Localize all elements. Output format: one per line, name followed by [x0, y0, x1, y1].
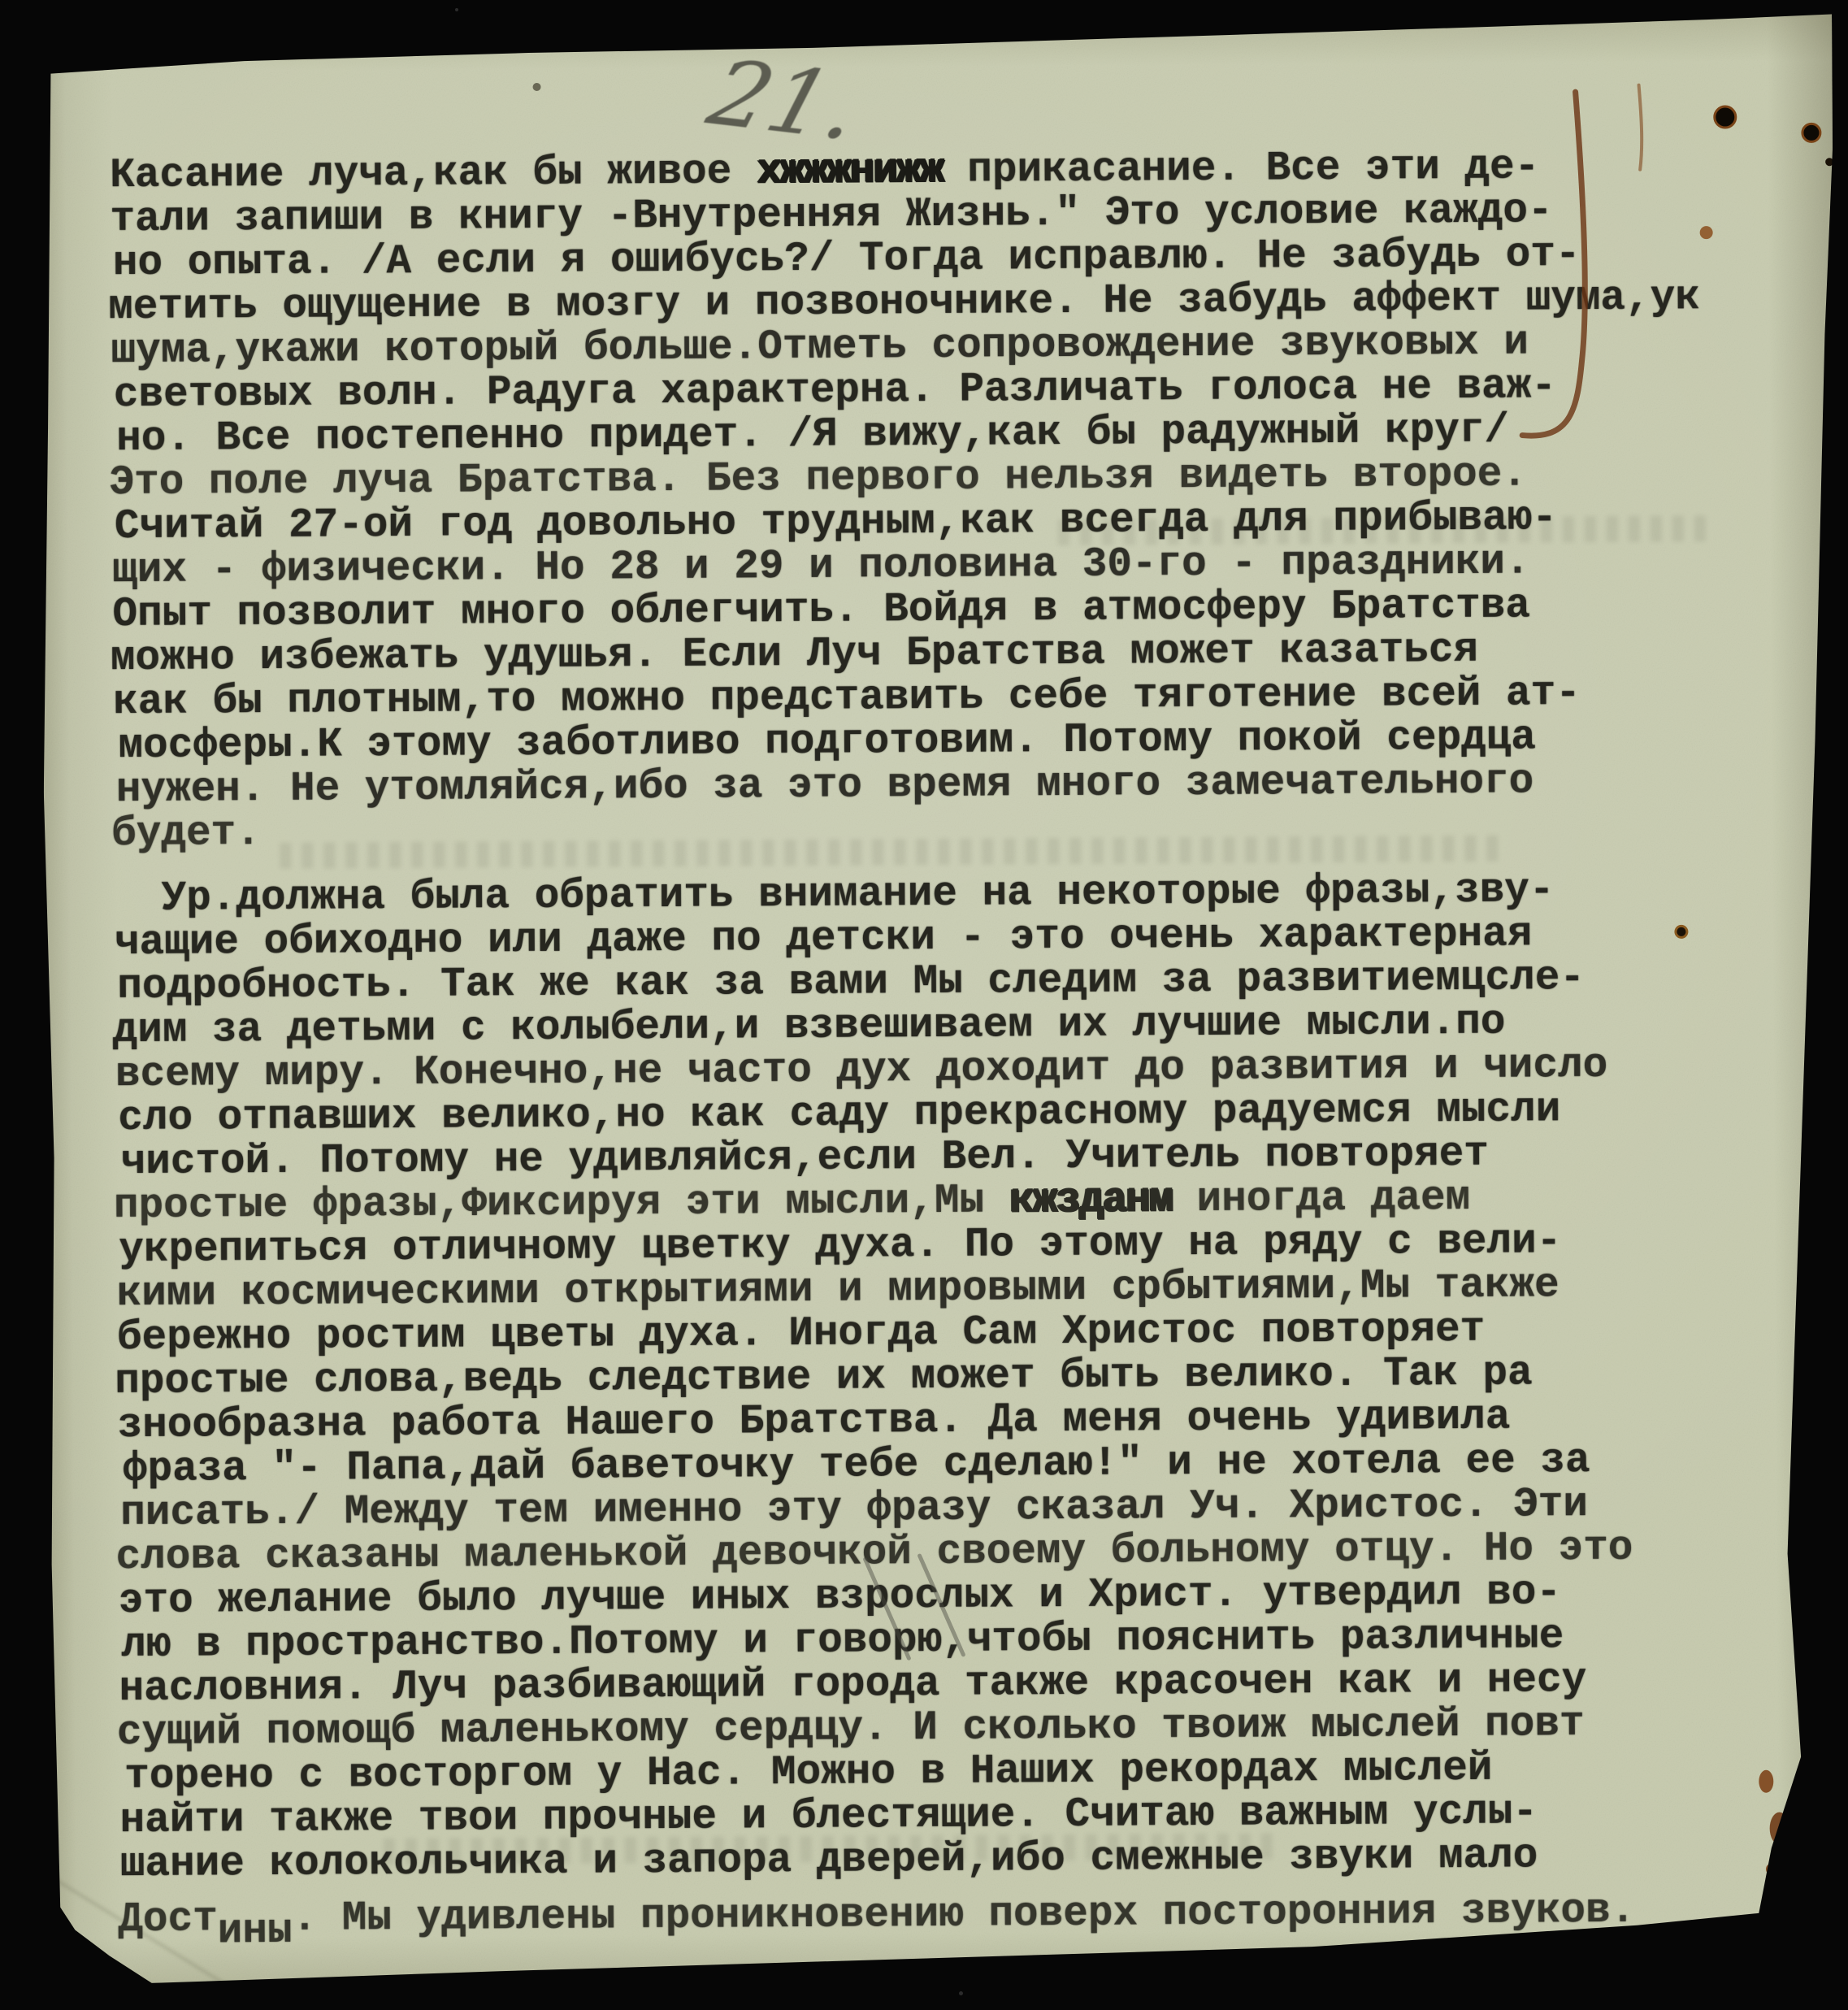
paragraph-2: Ур.должна была обратить внимание на неко…: [114, 868, 1762, 1943]
handwritten-page-number: 21.: [697, 41, 872, 161]
text-segment: . Мы удивлены проникновению поверх посто…: [292, 1888, 1635, 1943]
background-speck: [455, 8, 458, 11]
text-line: шание колокольчика и запора дверей,ибо с…: [120, 1834, 1762, 1887]
dropped-characters: ины: [218, 1908, 293, 1956]
document-page: 21. Касание луча,как бы живое хжжжнижж п…: [31, 9, 1844, 1995]
text-segment: Касание луча,как бы живое: [110, 149, 757, 199]
typed-over-word: кжзданм: [1009, 1177, 1173, 1224]
text-segment: прикасание. Все эти де-: [943, 144, 1540, 193]
text-line: Достины. Мы удивлены проникновению повер…: [118, 1889, 1759, 1943]
text-segment: иногда даем: [1172, 1175, 1471, 1223]
background-speck: [959, 1991, 963, 1995]
text-segment: Дост: [118, 1896, 218, 1943]
paper-crease: [0, 0, 274, 72]
scan-background: { "page": { "handwritten_number": "21.",…: [0, 0, 1848, 2010]
paragraph-1: Касание луча,как бы живое хжжжнижж прика…: [110, 145, 1755, 857]
text-line: будет.: [111, 803, 1753, 857]
typed-over-word: хжжжнижж: [757, 148, 943, 195]
typewritten-text: Касание луча,как бы живое хжжжнижж прика…: [110, 145, 1762, 1943]
